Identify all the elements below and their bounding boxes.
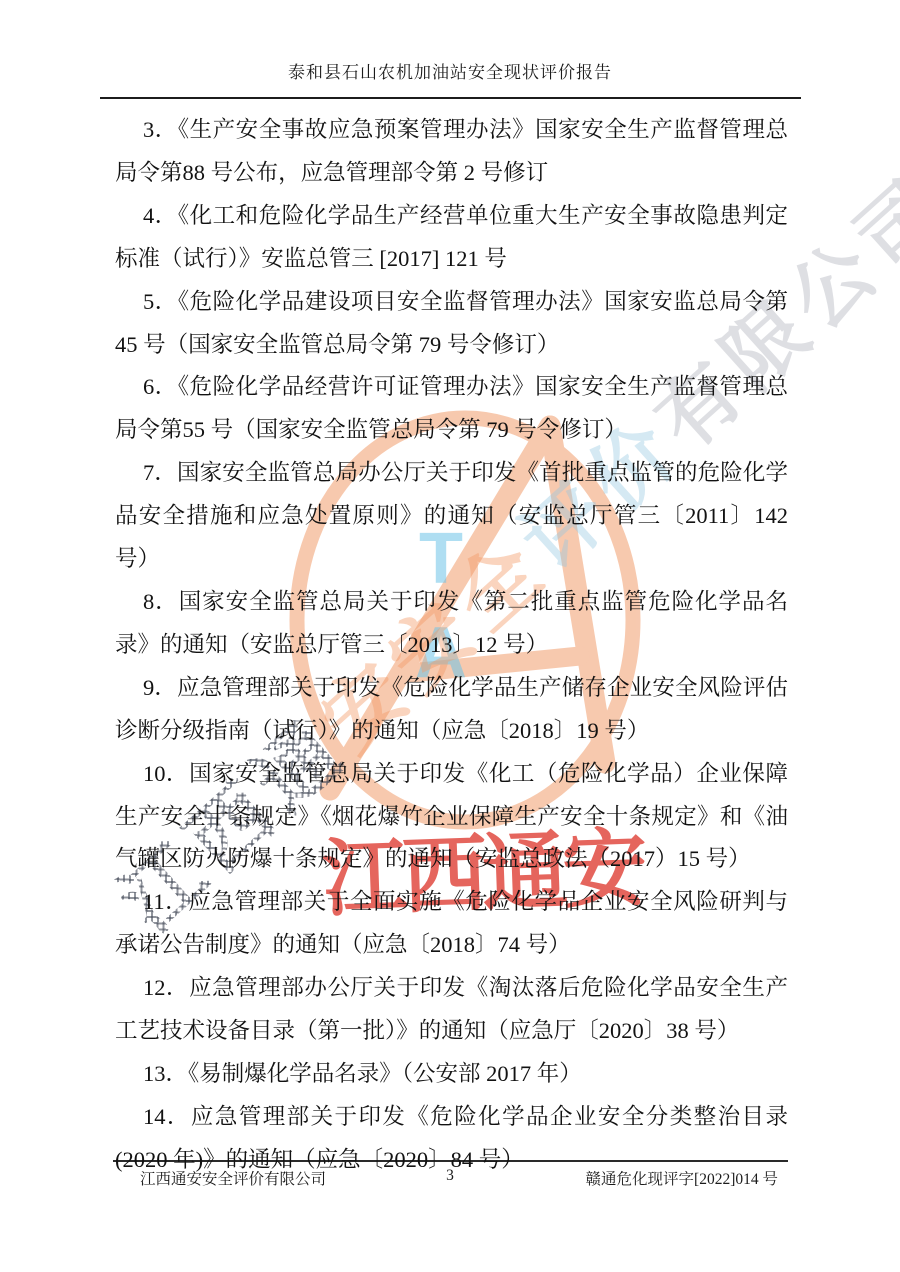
report-list-item: 14．应急管理部关于印发《危险化学品企业安全分类整治目录(2020 年)》的通知… [115,1096,788,1182]
report-list-item: 13．《易制爆化学品名录》（公安部 2017 年） [115,1053,788,1096]
report-list-item: 8．国家安全监管总局关于印发《第二批重点监管危险化学品名录》的通知（安监总厅管三… [115,581,788,667]
report-list-item: 3．《生产安全事故应急预案管理办法》国家安全生产监督管理总局令第88 号公布，应… [115,109,788,195]
report-page: T A 江西通安安全评价有限公司 江西通安 泰和县石山农机加油站安全现状评价报告… [0,0,900,1272]
page-header-title: 泰和县石山农机加油站安全现状评价报告 [0,58,900,83]
report-list-item: 7．国家安全监管总局办公厅关于印发《首批重点监管的危险化学品安全措施和应急处置原… [115,452,788,581]
report-list-item: 10．国家安全监管总局关于印发《化工（危险化学品）企业保障生产安全十条规定》《烟… [115,753,788,882]
report-list-item: 11．应急管理部关于全面实施《危险化学品企业安全风险研判与承诺公告制度》的通知（… [115,881,788,967]
report-list-item: 12．应急管理部办公厅关于印发《淘汰落后危险化学品安全生产工艺技术设备目录（第一… [115,967,788,1053]
report-list-item: 4．《化工和危险化学品生产经营单位重大生产安全事故隐患判定标准（试行）》安监总管… [115,195,788,281]
header-divider [100,97,801,99]
report-list-item: 5．《危险化学品建设项目安全监督管理办法》国家安监总局令第 45 号（国家安全监… [115,281,788,367]
report-body: 3．《生产安全事故应急预案管理办法》国家安全生产监督管理总局令第88 号公布，应… [115,109,788,1182]
report-list-item: 9．应急管理部关于印发《危险化学品生产储存企业安全风险评估诊断分级指南（试行）》… [115,667,788,753]
report-list-item: 6．《危险化学品经营许可证管理办法》国家安全生产监督管理总局令第55 号（国家安… [115,366,788,452]
